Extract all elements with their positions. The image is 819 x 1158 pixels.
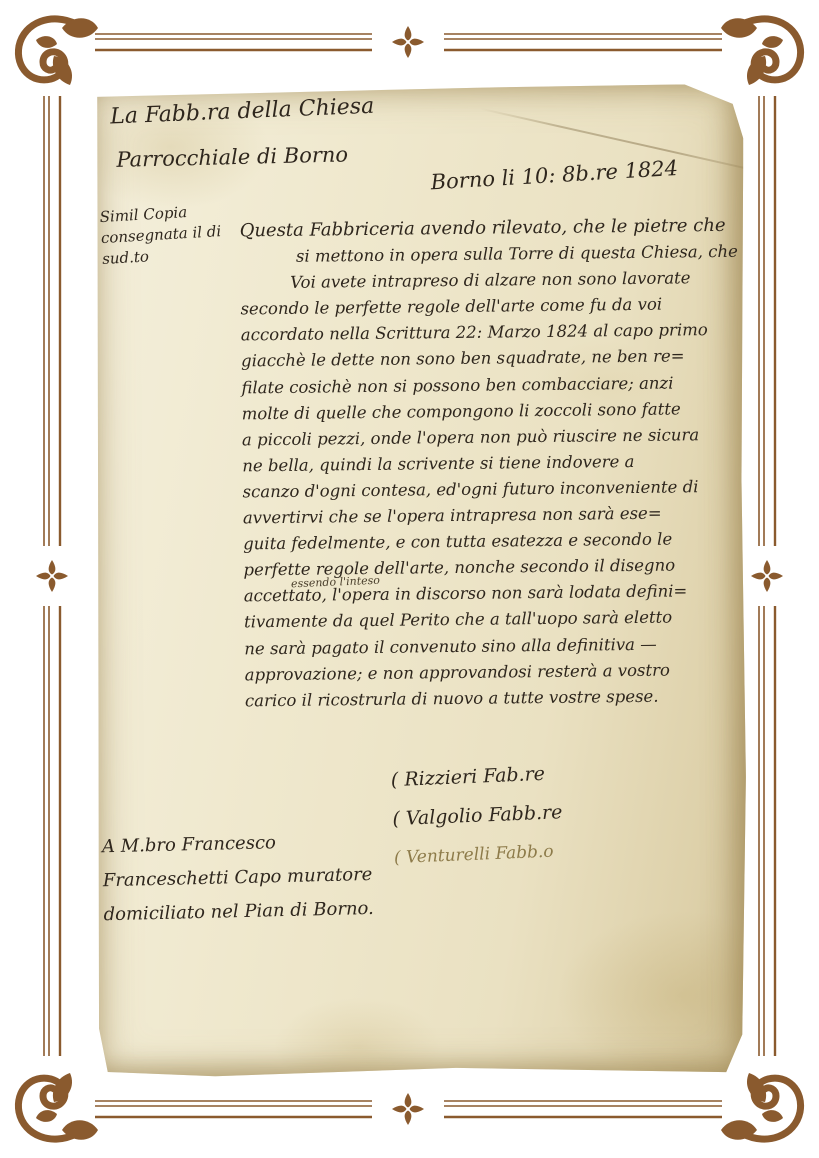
letter-line: carico il ricostrurla di nuovo a tutte v… <box>245 682 747 714</box>
book-page: La Fabb.ra della Chiesa Parrocchiale di … <box>0 0 819 1158</box>
letter-body: Questa Fabbriceria avendo rilevato, che … <box>239 213 747 714</box>
signatures: ( Rizzieri Fab.re ( Valgolio Fabb.re ( V… <box>390 754 565 878</box>
docket-line-2: Parrocchiale di Borno <box>116 142 348 171</box>
letter-line: Voi avete intrapreso di alzare non sono … <box>290 265 742 296</box>
docket-line-1: La Fabb.ra della Chiesa <box>110 94 375 130</box>
margin-note: Simil Copia consegnata il di sud.to <box>99 200 223 270</box>
manuscript-scan: La Fabb.ra della Chiesa Parrocchiale di … <box>92 84 749 1078</box>
addressee: A M.bro Francesco Franceschetti Capo mur… <box>102 824 375 932</box>
addressee-line: domiciliato nel Pian di Borno. <box>103 892 374 932</box>
signature-line: ( Venturelli Fabb.o <box>393 832 564 878</box>
dateline: Borno li 10: 8b.re 1824 <box>430 156 679 194</box>
